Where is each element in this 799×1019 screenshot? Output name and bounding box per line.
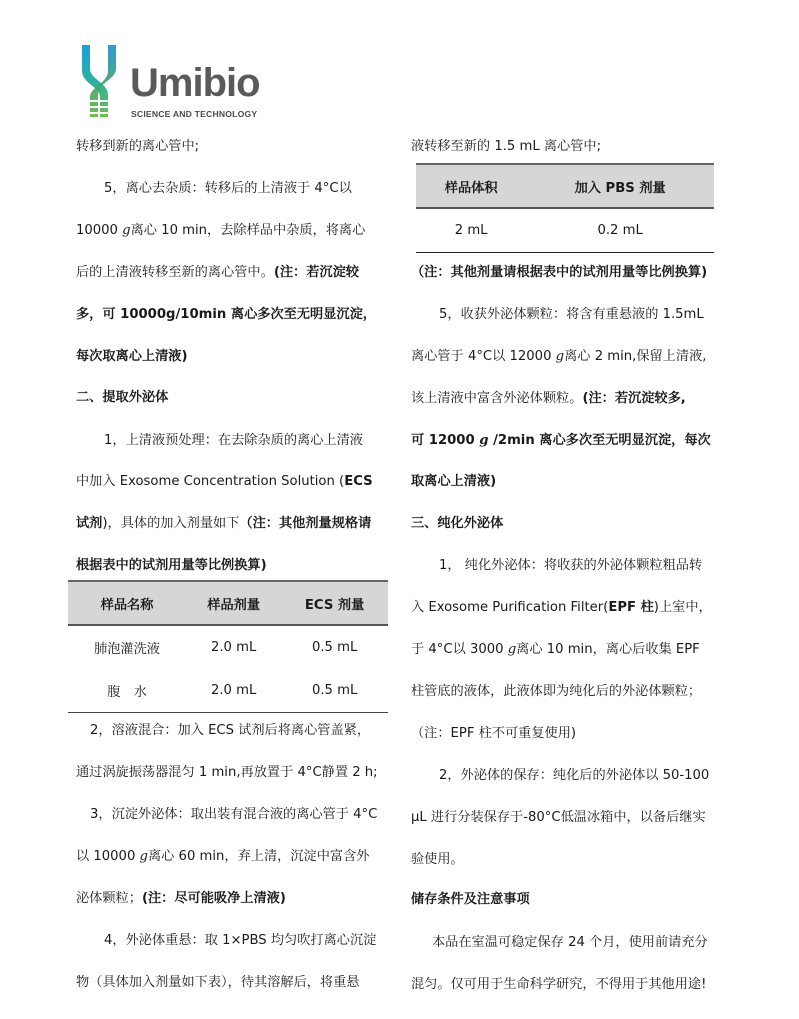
table-header-row: 样品体积 加入 PBS 剂量 [416,164,714,208]
step5-line-e: 取离心上清液) [411,470,496,489]
step5-line-a: 5，收获外泌体颗粒：将含有重悬液的 1.5mL [439,303,704,322]
purify-line-d: 柱管底的液体，此液体即为纯化后的外泌体颗粒； [411,680,701,699]
text-line: 液转移至新的 1.5 mL 离心管中; [411,135,601,154]
purify-line-b: 入 Exosome Purification Filter(EPF 柱)上室中， [411,596,712,615]
table-cell: 2.0 mL [186,669,281,713]
step5-line-d: 可 12000 g /2min 离心多次至无明显沉淀，每次 [411,429,711,448]
purify-line-c: 于 4°C以 3000 g离心 10 min，离心后收集 EPF [411,638,700,657]
table-cell: 0.5 mL [281,625,388,669]
step5-line-b: 离心管于 4°C以 12000 g离心 2 min,保留上清液, [411,345,706,364]
ecs-dosage-table: 样品名称 样品剂量 ECS 剂量 肺泡灌洗液 2.0 mL 0.5 mL 腹 水… [68,580,388,713]
table-cell: 腹 水 [68,669,186,713]
step5-line-c: 后的上清液转移至新的离心管中。(注：若沉淀较 [76,261,359,280]
table-header: 样品体积 [416,164,526,208]
table-cell: 0.2 mL [526,208,714,253]
step5-line-c: 该上清液中富含外泌体颗粒。(注：若沉淀较多, [411,387,686,406]
table-row: 2 mL 0.2 mL [416,208,714,253]
step4-line-a: 4，外泌体重悬：取 1×PBS 均匀吹打离心沉淀 [104,929,376,948]
brand-name: Umibio [130,63,260,103]
table-cell: 2 mL [416,208,526,253]
table-header: ECS 剂量 [281,581,388,625]
step1-line-a: 1，上清液预处理：在去除杂质的离心上清液 [104,429,363,448]
storage-line-b: 混匀。仅可用于生命科学研究，不得用于其他用途! [411,973,706,992]
table-header: 加入 PBS 剂量 [526,164,714,208]
table-cell: 2.0 mL [186,625,281,669]
storage-step-line-b: μL 进行分装保存于-80°C低温冰箱中，以备后继实 [411,806,706,825]
step5-line-e: 每次取离心上清液) [76,345,188,364]
pbs-dosage-table: 样品体积 加入 PBS 剂量 2 mL 0.2 mL [416,163,714,253]
brand-tagline: SCIENCE AND TECHNOLOGY [131,109,257,119]
purify-line-a: 1， 纯化外泌体：将收获的外泌体颗粒粗品转 [439,554,702,573]
table-header: 样品剂量 [186,581,281,625]
step3-line-b: 以 10000 g离心 60 min，弃上清，沉淀中富含外 [76,845,369,864]
step5-line-b: 10000 g离心 10 min，去除样品中杂质，将离心 [76,219,365,238]
step2-line-a: 2，溶液混合：加入 ECS 试剂后将离心管盖紧， [90,719,370,738]
section-heading-extract: 二、提取外泌体 [76,386,168,405]
storage-conditions-heading: 储存条件及注意事项 [411,888,530,907]
section-heading-purify: 三、纯化外泌体 [411,512,503,531]
table-cell: 肺泡灌洗液 [68,625,186,669]
text-line: 转移到新的离心管中; [76,135,199,154]
step3-line-c: 泌体颗粒；(注：尽可能吸净上清液) [76,887,286,906]
storage-line-a: 本品在室温可稳定保存 24 个月，使用前请充分 [432,931,708,950]
step5-line-a: 5，离心去杂质：转移后的上清液于 4°C以 [104,177,352,196]
umibio-logo: Umibio SCIENCE AND TECHNOLOGY [78,43,278,119]
step4-line-b: 物（具体加入剂量如下表），待其溶解后，将重悬 [76,971,360,990]
table-header-row: 样品名称 样品剂量 ECS 剂量 [68,581,388,625]
purify-line-e: （注：EPF 柱不可重复使用) [411,722,576,741]
table-cell: 0.5 mL [281,669,388,713]
dna-helix-icon [78,43,120,119]
step5-line-d: 多，可 10000g/10min 离心多次至无明显沉淀， [76,303,376,322]
step1-line-c: 试剂)，具体的加入剂量如下（注：其他剂量规格请 [76,512,371,531]
step1-line-d: 根据表中的试剂用量等比例换算) [76,554,267,573]
step3-line-a: 3，沉淀外泌体：取出装有混合液的离心管于 4°C [90,803,377,822]
table-row: 腹 水 2.0 mL 0.5 mL [68,669,388,713]
table-note: （注：其他剂量请根据表中的试剂用量等比例换算) [411,261,707,280]
storage-step-line-c: 验使用。 [411,848,464,867]
storage-step-line-a: 2，外泌体的保存：纯化后的外泌体以 50-100 [439,764,709,783]
step2-line-b: 通过涡旋振荡器混匀 1 min,再放置于 4°C静置 2 h; [76,761,378,780]
table-row: 肺泡灌洗液 2.0 mL 0.5 mL [68,625,388,669]
table-header: 样品名称 [68,581,186,625]
step1-line-b: 中加入 Exosome Concentration Solution (ECS [76,470,373,489]
